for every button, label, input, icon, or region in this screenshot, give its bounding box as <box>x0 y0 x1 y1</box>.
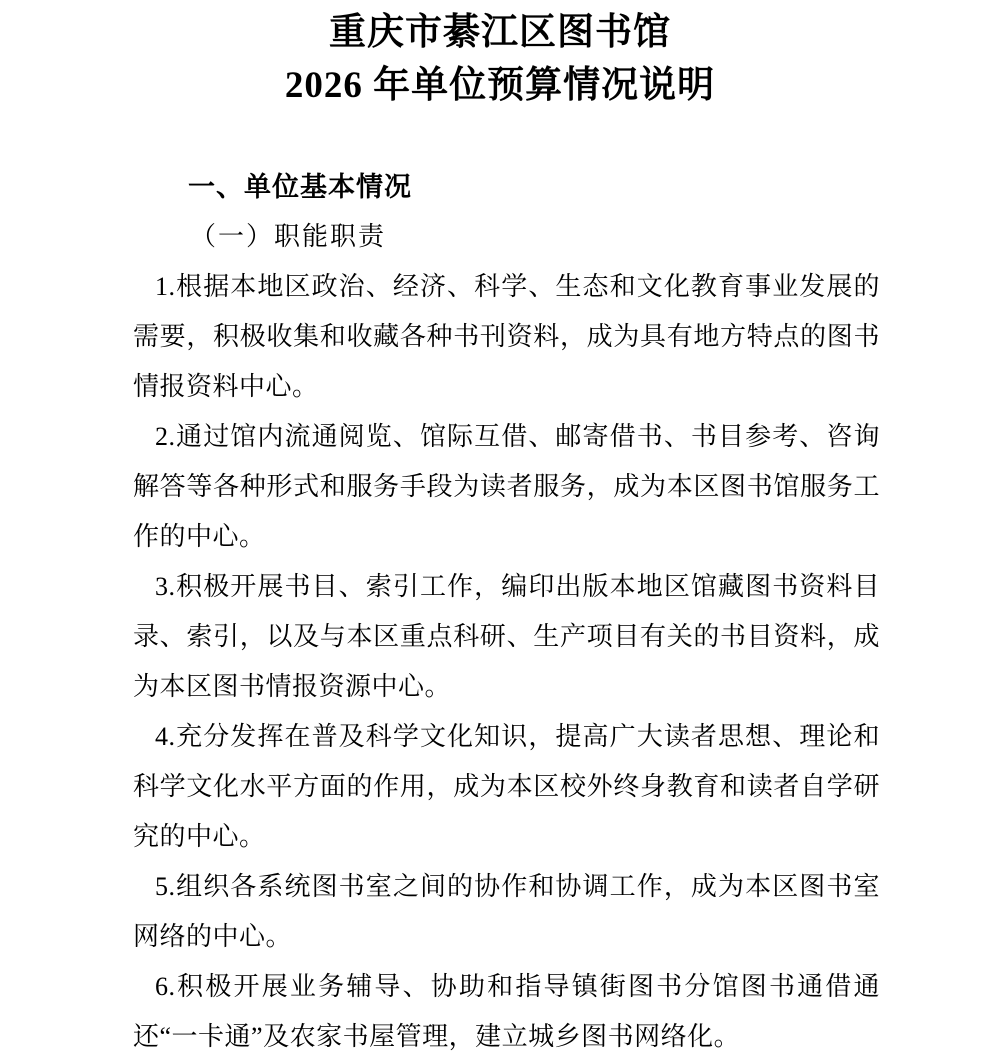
document-page: 重庆市綦江区图书馆 2026 年单位预算情况说明 一、单位基本情况 （一）职能职… <box>0 0 1000 1063</box>
document-title: 重庆市綦江区图书馆 2026 年单位预算情况说明 <box>0 0 1000 112</box>
paragraph-duty-3: 3.积极开展书目、索引工作，编印出版本地区馆藏图书资料目录、索引，以及与本区重点… <box>133 562 880 712</box>
document-body: 一、单位基本情况 （一）职能职责 1.根据本地区政治、经济、科学、生态和文化教育… <box>133 162 880 1062</box>
paragraph-duty-5: 5.组织各系统图书室之间的协作和协调工作，成为本区图书室网络的中心。 <box>133 862 880 962</box>
document-title-line-1: 重庆市綦江区图书馆 <box>0 6 1000 59</box>
paragraph-duty-2: 2.通过馆内流通阅览、馆际互借、邮寄借书、书目参考、咨询解答等各种形式和服务手段… <box>133 412 880 562</box>
section-heading-basic-info: 一、单位基本情况 <box>133 162 880 212</box>
paragraph-duty-4: 4.充分发挥在普及科学文化知识，提高广大读者思想、理论和科学文化水平方面的作用，… <box>133 712 880 862</box>
subsection-heading-duties: （一）职能职责 <box>133 212 880 262</box>
document-title-line-2: 2026 年单位预算情况说明 <box>0 59 1000 112</box>
paragraph-duty-1: 1.根据本地区政治、经济、科学、生态和文化教育事业发展的需要，积极收集和收藏各种… <box>133 262 880 412</box>
paragraph-duty-6: 6.积极开展业务辅导、协助和指导镇街图书分馆图书通借通还“一卡通”及农家书屋管理… <box>133 962 880 1062</box>
